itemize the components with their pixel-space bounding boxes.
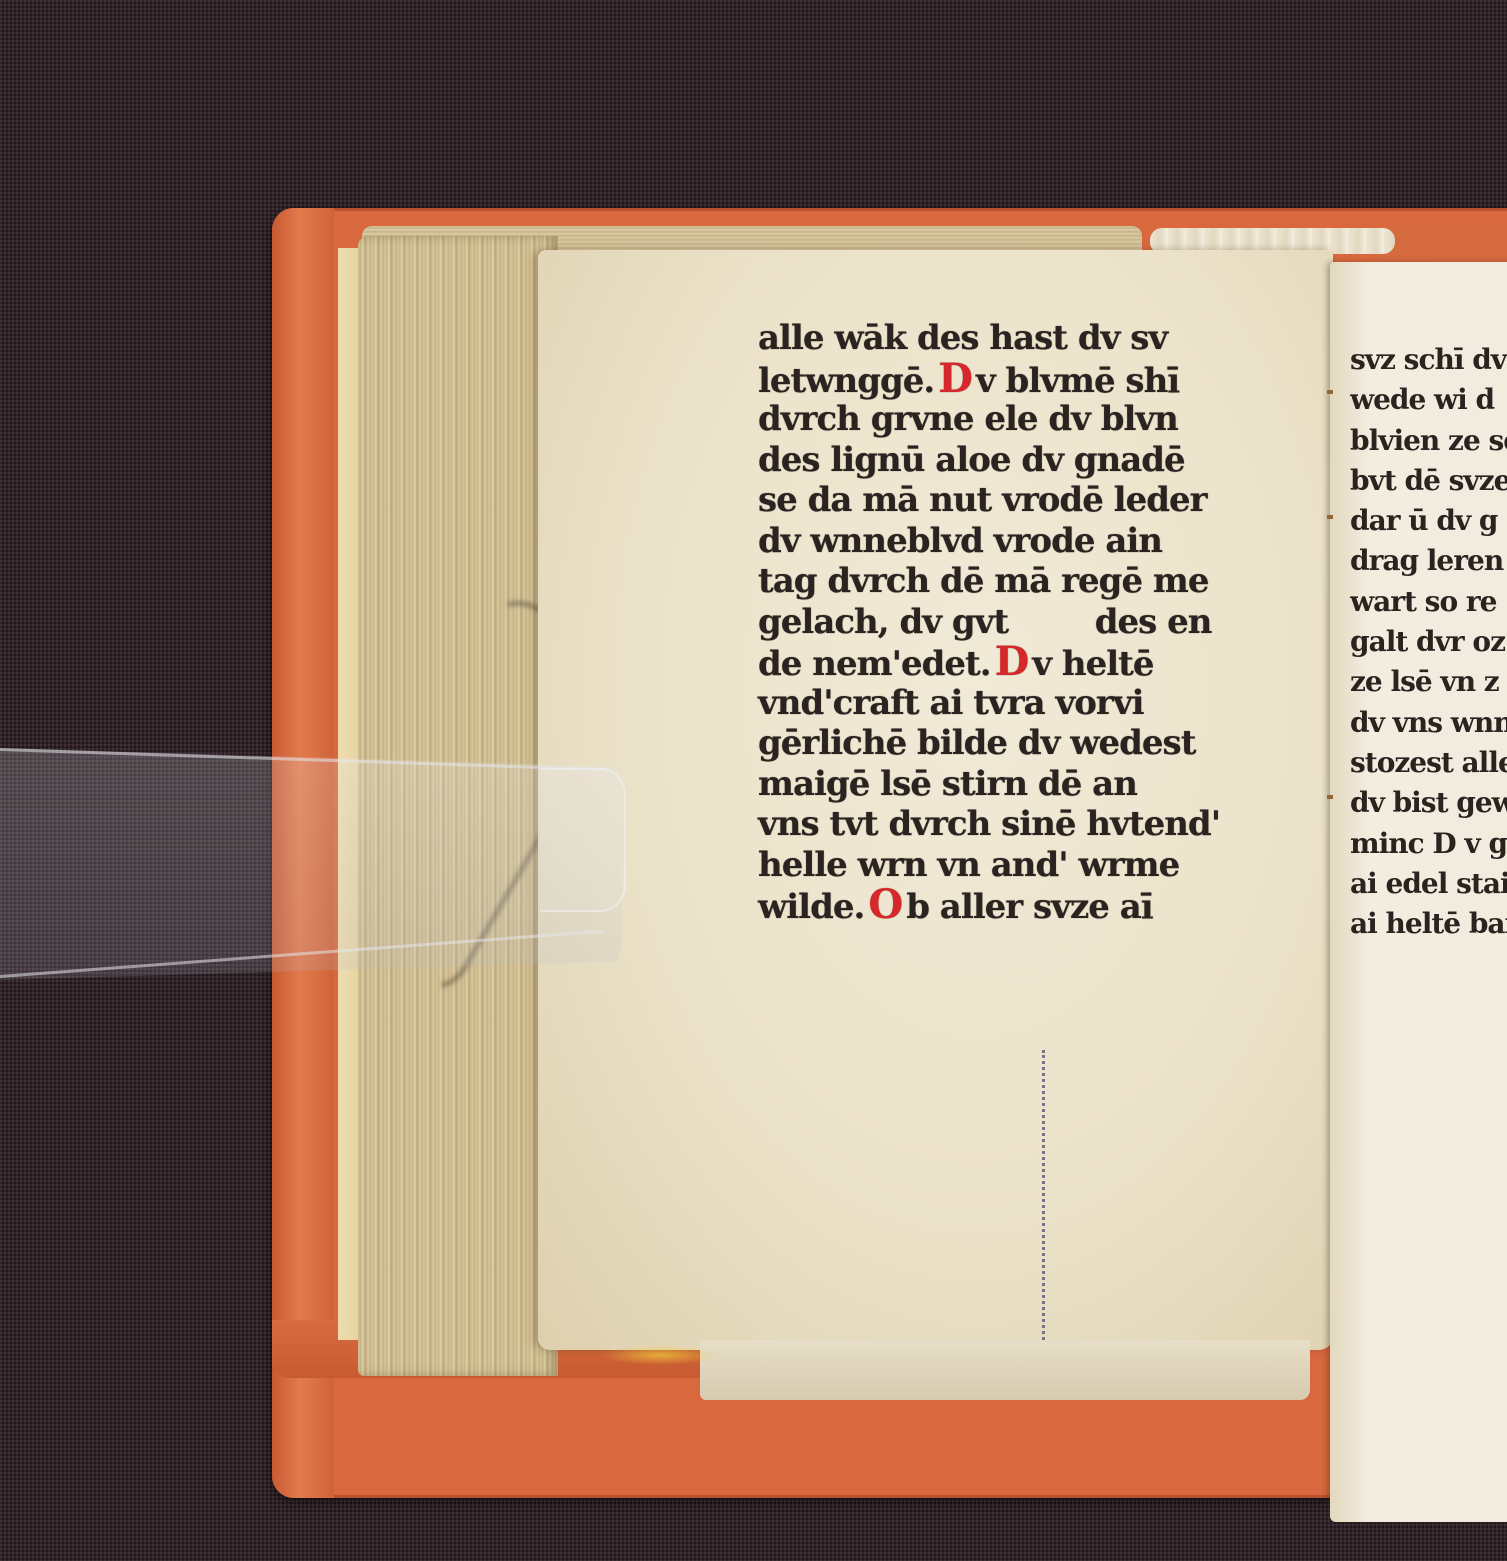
text-line: ai edel stai ai: [1350, 864, 1507, 904]
text-line: tag dvrch dē mā regē me: [758, 561, 1298, 602]
text-line: ze lsē vn z: [1350, 662, 1507, 702]
sewing-thread: [1042, 1050, 1055, 1340]
line-text: des lignū aloe dv gnadē: [758, 440, 1185, 480]
line-text: wilde.: [758, 887, 864, 927]
line-text: de nem'edet.: [758, 644, 991, 684]
text-line: minc D v gn: [1350, 824, 1507, 864]
text-line: dvrch grvne ele dv blvn: [758, 399, 1298, 440]
text-line: vnd'craft ai tvra vorvi: [758, 683, 1298, 724]
text-line: blvien ze se: [1350, 421, 1507, 461]
text-line: svz schī dv: [1350, 340, 1507, 380]
line-text: alle wāk des hast dv sv: [758, 318, 1167, 358]
line-text: b aller svze aī: [906, 887, 1152, 927]
verso-text-column: alle wāk des hast dv sv letwnggē.Dv blvm…: [758, 318, 1298, 926]
text-line: ai heltē bai ai: [1350, 904, 1507, 944]
text-line: galt dvr oz: [1350, 622, 1507, 662]
text-line: bvt dē svze: [1350, 461, 1507, 501]
text-line: maigē lsē stirn dē an: [758, 764, 1298, 805]
text-line: dar ū dv g: [1350, 501, 1507, 541]
line-text: v blvmē shī: [976, 361, 1179, 401]
yellow-stain: [600, 1345, 720, 1365]
line-text: dvrch grvne ele dv blvn: [758, 399, 1178, 439]
page-bottom-fold: [700, 1340, 1310, 1400]
line-text: tag dvrch dē mā regē me: [758, 561, 1209, 601]
text-line: dv wnneblvd vrode ain: [758, 521, 1298, 562]
text-line: se da mā nut vrodē leder: [758, 480, 1298, 521]
binding-top-right: [1380, 226, 1507, 266]
text-line: helle wrn vn and' wrme: [758, 845, 1298, 886]
text-line: letwnggē.Dv blvmē shī: [758, 359, 1298, 400]
line-text: dv wnneblvd vrode ain: [758, 521, 1162, 561]
recto-text-column: svz schī dv wede wi d blvien ze se bvt d…: [1350, 340, 1507, 944]
text-line: dv vns wnne: [1350, 703, 1507, 743]
line-text: maigē lsē stirn dē an: [758, 764, 1137, 804]
text-line: alle wāk des hast dv sv: [758, 318, 1298, 359]
line-text: vnd'craft ai tvra vorvi: [758, 683, 1144, 723]
line-text: gelach, dv gvt des en: [758, 602, 1211, 642]
pricking-mark: [1327, 795, 1333, 799]
text-line: wart so re: [1350, 582, 1507, 622]
text-line: gērlichē bilde dv wedest: [758, 723, 1298, 764]
text-line: drag leren: [1350, 541, 1507, 581]
pricking-mark: [1327, 390, 1333, 394]
rubricated-initial: O: [868, 885, 902, 926]
text-line: wilde.Ob aller svze aī: [758, 885, 1298, 926]
rubricated-initial: D: [995, 642, 1029, 683]
text-line: gelach, dv gvt des en: [758, 602, 1298, 643]
text-line: dv bist gew: [1350, 783, 1507, 823]
plastic-strip-tip: [540, 768, 626, 912]
text-line: stozest alle: [1350, 743, 1507, 783]
line-text: gērlichē bilde dv wedest: [758, 723, 1195, 763]
line-text: v heltē: [1032, 644, 1153, 684]
pricking-mark: [1327, 515, 1333, 519]
line-text: letwnggē.: [758, 361, 934, 401]
rubricated-initial: D: [938, 359, 972, 400]
text-line: des lignū aloe dv gnadē: [758, 440, 1298, 481]
text-line: vns tvt dvrch sinē hvtend': [758, 804, 1298, 845]
line-text: se da mā nut vrodē leder: [758, 480, 1207, 520]
line-text: helle wrn vn and' wrme: [758, 845, 1179, 885]
text-line: de nem'edet.Dv heltē: [758, 642, 1298, 683]
text-line: wede wi d: [1350, 380, 1507, 420]
plastic-page-weight: [0, 748, 622, 980]
line-text: vns tvt dvrch sinē hvtend': [758, 804, 1220, 844]
